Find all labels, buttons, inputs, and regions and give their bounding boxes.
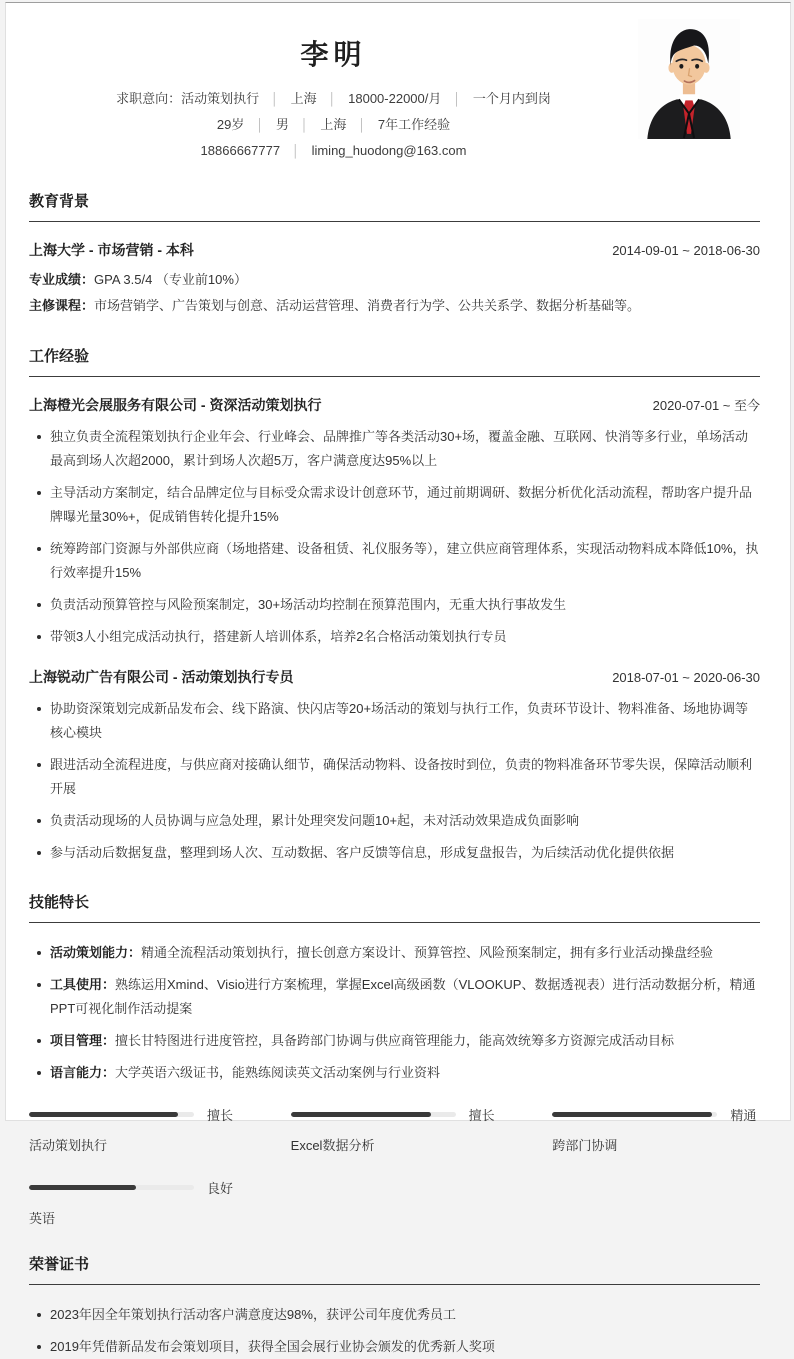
- section-work: 工作经验 上海橙光会展服务有限公司 - 资深活动策划执行 2020-07-01 …: [29, 345, 760, 865]
- job1-date-range: 2020-07-01 ~ 至今: [653, 395, 760, 414]
- job-intent-label: 求职意向：: [116, 91, 181, 106]
- skill-text: 熟练运用Xmind、Visio进行方案梳理，掌握Excel高级函数（VLOOKU…: [50, 977, 755, 1016]
- job2-header: 上海锐动广告有限公司 - 活动策划执行专员 2018-07-01 ~ 2020-…: [29, 667, 760, 687]
- skill-bar-track: [552, 1112, 717, 1117]
- skill-bar-fill: [29, 1185, 136, 1190]
- education-section-title: 教育背景: [29, 190, 760, 222]
- skill-level-label: 擅长: [469, 1105, 495, 1124]
- skill-level-label: 良好: [207, 1178, 233, 1197]
- skill-bar-fill: [552, 1112, 712, 1117]
- education-entry-header: 上海大学 - 市场营销 - 本科 2014-09-01 ~ 2018-06-30: [29, 240, 760, 260]
- skill-item: 语言能力：大学英语六级证书，能熟练阅读英文活动案例与行业资料: [29, 1061, 760, 1085]
- intent-position: 活动策划执行: [181, 91, 259, 106]
- skill-label: 语言能力：: [50, 1065, 115, 1080]
- job-entry-2: 上海锐动广告有限公司 - 活动策划执行专员 2018-07-01 ~ 2020-…: [29, 667, 760, 865]
- gender-text: 男: [244, 117, 289, 132]
- section-education: 教育背景 上海大学 - 市场营销 - 本科 2014-09-01 ~ 2018-…: [29, 190, 760, 319]
- intent-city: 上海: [259, 91, 317, 106]
- section-honors: 荣誉证书 2023年因全年策划执行活动客户满意度达98%，获评公司年度优秀员工 …: [29, 1253, 760, 1359]
- bullet-item: 协助资深策划完成新品发布会、线下路演、快闪店等20+场活动的策划与执行工作，负责…: [29, 697, 760, 745]
- courses-value: 市场营销学、广告策划与创意、活动运营管理、消费者行为学、公共关系学、数据分析基础…: [94, 298, 640, 313]
- job1-bullet-list: 独立负责全流程策划执行企业年会、行业峰会、品牌推广等各类活动30+场，覆盖金融、…: [29, 425, 760, 649]
- skill-label: 工具使用：: [50, 977, 115, 992]
- skills-bullet-list: 活动策划能力：精通全流程活动策划执行，擅长创意方案设计、预算管控、风险预案制定，…: [29, 941, 760, 1085]
- courses-label: 主修课程：: [29, 298, 94, 313]
- avatar: [638, 19, 740, 139]
- phone-number: 18866667777: [201, 143, 281, 158]
- bullet-item: 主导活动方案制定，结合品牌定位与目标受众需求设计创意环节，通过前期调研、数据分析…: [29, 481, 760, 529]
- bullet-item: 独立负责全流程策划执行企业年会、行业峰会、品牌推广等各类活动30+场，覆盖金融、…: [29, 425, 760, 473]
- bullet-item: 跟进活动全流程进度，与供应商对接确认细节，确保活动物料、设备按时到位，负责的物料…: [29, 753, 760, 801]
- contact-line: 18866667777liming_huodong@163.com: [29, 138, 638, 164]
- bar-row: 擅长: [29, 1105, 237, 1124]
- job-intent-line: 求职意向：活动策划执行上海18000-22000/月一个月内到岗: [29, 86, 638, 112]
- school-degree-line: 上海大学 - 市场营销 - 本科: [29, 240, 194, 260]
- resume-header: 李明 求职意向：活动策划执行上海18000-22000/月一个月内到岗 29岁男…: [29, 19, 760, 164]
- skill-bar-track: [29, 1112, 194, 1117]
- honors-section-title: 荣誉证书: [29, 1253, 760, 1285]
- skill-label: 活动策划能力：: [50, 945, 141, 960]
- gpa-label: 专业成绩：: [29, 272, 94, 287]
- skill-bar-fill: [291, 1112, 431, 1117]
- honor-item: 2019年凭借新品发布会策划项目，获得全国会展行业协会颁发的优秀新人奖项: [29, 1335, 760, 1359]
- gpa-line: 专业成绩：GPA 3.5/4 （专业前10%）: [29, 267, 760, 293]
- skill-text: 大学英语六级证书，能熟练阅读英文活动案例与行业资料: [115, 1065, 440, 1080]
- honor-item: 2023年因全年策划执行活动客户满意度达98%，获评公司年度优秀员工: [29, 1303, 760, 1327]
- intent-salary: 18000-22000/月: [317, 91, 442, 106]
- skill-bar-item: 擅长 活动策划执行: [29, 1105, 237, 1154]
- skill-level-label: 精通: [730, 1105, 756, 1124]
- bar-row: 良好: [29, 1178, 237, 1197]
- basic-info-line: 29岁男上海7年工作经验: [29, 112, 638, 138]
- bullet-item: 统筹跨部门资源与外部供应商（场地搭建、设备租赁、礼仪服务等），建立供应商管理体系…: [29, 537, 760, 585]
- skill-bar-track: [291, 1112, 456, 1117]
- skill-bar-name: 活动策划执行: [29, 1135, 237, 1154]
- bullet-item: 负责活动预算管控与风险预案制定，30+场活动均控制在预算范围内，无重大执行事故发…: [29, 593, 760, 617]
- resume-page: 李明 求职意向：活动策划执行上海18000-22000/月一个月内到岗 29岁男…: [5, 2, 791, 1121]
- skill-item: 工具使用：熟练运用Xmind、Visio进行方案梳理，掌握Excel高级函数（V…: [29, 973, 760, 1021]
- skill-bar-item: 良好 英语: [29, 1178, 237, 1227]
- age-text: 29岁: [217, 117, 244, 132]
- skill-bar-fill: [29, 1112, 178, 1117]
- bullet-item: 参与活动后数据复盘，整理到场人次、互动数据、客户反馈等信息，形成复盘报告，为后续…: [29, 841, 760, 865]
- job1-header: 上海橙光会展服务有限公司 - 资深活动策划执行 2020-07-01 ~ 至今: [29, 395, 760, 415]
- skill-bar-item: 精通 跨部门协调: [552, 1105, 760, 1154]
- skill-bar-track: [29, 1185, 194, 1190]
- job2-bullet-list: 协助资深策划完成新品发布会、线下路演、快闪店等20+场活动的策划与执行工作，负责…: [29, 697, 760, 865]
- experience-text: 7年工作经验: [346, 117, 450, 132]
- job1-company-title: 上海橙光会展服务有限公司 - 资深活动策划执行: [29, 395, 321, 415]
- work-section-title: 工作经验: [29, 345, 760, 377]
- city-text: 上海: [289, 117, 347, 132]
- skill-text: 擅长甘特图进行进度管控，具备跨部门协调与供应商管理能力，能高效统筹多方资源完成活…: [115, 1033, 674, 1048]
- education-date-range: 2014-09-01 ~ 2018-06-30: [612, 243, 760, 258]
- candidate-name: 李明: [29, 33, 638, 73]
- bullet-item: 带领3人小组完成活动执行，搭建新人培训体系，培养2名合格活动策划执行专员: [29, 625, 760, 649]
- header-text-block: 李明 求职意向：活动策划执行上海18000-22000/月一个月内到岗 29岁男…: [29, 19, 638, 164]
- gpa-value: GPA 3.5/4 （专业前10%）: [94, 272, 247, 287]
- email-address: liming_huodong@163.com: [280, 143, 466, 158]
- avatar-portrait-icon: [638, 19, 740, 139]
- skill-bar-name: 英语: [29, 1208, 237, 1227]
- skill-bar-name: 跨部门协调: [552, 1135, 760, 1154]
- bar-row: 擅长: [291, 1105, 499, 1124]
- skill-bar-item: 擅长 Excel数据分析: [291, 1105, 499, 1154]
- skill-label: 项目管理：: [50, 1033, 115, 1048]
- section-skills: 技能特长 活动策划能力：精通全流程活动策划执行，擅长创意方案设计、预算管控、风险…: [29, 891, 760, 1227]
- intent-availability: 一个月内到岗: [441, 91, 551, 106]
- courses-line: 主修课程：市场营销学、广告策划与创意、活动运营管理、消费者行为学、公共关系学、数…: [29, 293, 760, 319]
- skill-item: 活动策划能力：精通全流程活动策划执行，擅长创意方案设计、预算管控、风险预案制定，…: [29, 941, 760, 965]
- skill-text: 精通全流程活动策划执行，擅长创意方案设计、预算管控、风险预案制定，拥有多行业活动…: [141, 945, 713, 960]
- bullet-item: 负责活动现场的人员协调与应急处理，累计处理突发问题10+起，未对活动效果造成负面…: [29, 809, 760, 833]
- skills-section-title: 技能特长: [29, 891, 760, 923]
- job2-company-title: 上海锐动广告有限公司 - 活动策划执行专员: [29, 667, 293, 687]
- job2-date-range: 2018-07-01 ~ 2020-06-30: [612, 670, 760, 685]
- skill-bar-name: Excel数据分析: [291, 1135, 499, 1154]
- bar-row: 精通: [552, 1105, 760, 1124]
- skill-item: 项目管理：擅长甘特图进行进度管控，具备跨部门协调与供应商管理能力，能高效统筹多方…: [29, 1029, 760, 1053]
- honors-bullet-list: 2023年因全年策划执行活动客户满意度达98%，获评公司年度优秀员工 2019年…: [29, 1303, 760, 1359]
- skill-level-label: 擅长: [207, 1105, 233, 1124]
- job-entry-1: 上海橙光会展服务有限公司 - 资深活动策划执行 2020-07-01 ~ 至今 …: [29, 395, 760, 649]
- skill-bars-grid: 擅长 活动策划执行 擅长 Excel数据分析 精通 跨部门协调: [29, 1105, 760, 1227]
